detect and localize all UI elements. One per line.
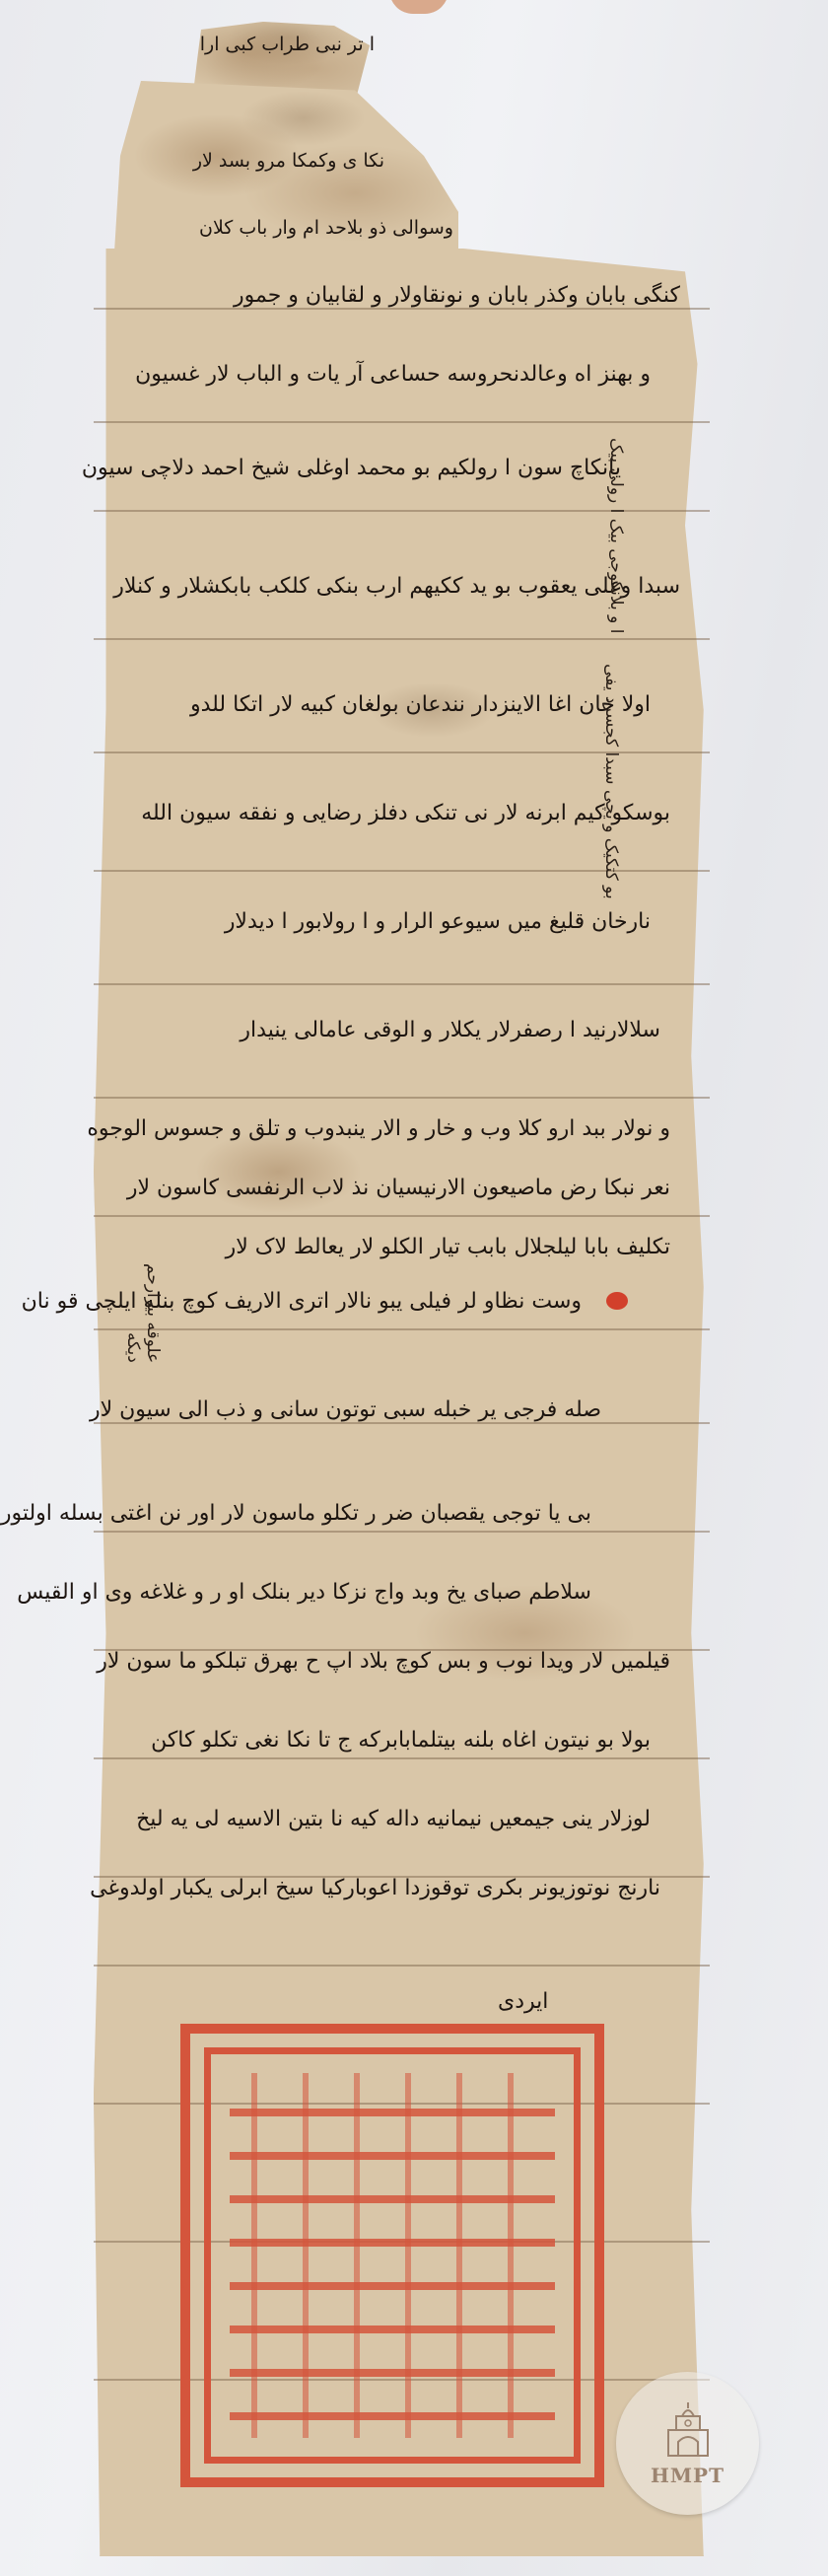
- fold-line: [94, 638, 710, 640]
- fold-line: [94, 1215, 710, 1217]
- margin-note: علوقه بیرارحم دیکه: [123, 1235, 163, 1363]
- text-line: وسوالی ذو بلاحد ام وار باب کلان: [199, 217, 453, 239]
- fold-line: [94, 308, 710, 310]
- museum-building-icon: [658, 2400, 718, 2460]
- watermark-label: НМРТ: [651, 2464, 724, 2487]
- text-line: سلالارنید ا رصفرلار یکلار و الوقی عامالی…: [240, 1018, 660, 1042]
- red-kufic-seal: [180, 2024, 604, 2487]
- fold-line: [94, 983, 710, 985]
- text-line: صله فرجی یر خبله سبی توتون سانی و ذب الی…: [90, 1397, 601, 1422]
- text-line: تکلیف بابا لیلجلال بابب تیار الکلو لار ی…: [226, 1235, 670, 1259]
- museum-watermark: НМРТ: [616, 2372, 759, 2515]
- text-line: سلاطم صبای یخ وبد واج نزکا دیر بنلک او ر…: [17, 1580, 591, 1605]
- text-line: اولا خان اغا الاینزدار نندعان بولغان کبی…: [190, 692, 651, 717]
- margin-note: ا و بلانکوجی بیک ا رولی بیک: [606, 396, 626, 633]
- fold-line: [94, 1531, 710, 1533]
- text-line: قیلمیں لار ویدا نوب و بس کوچ بلاد اپ ح ب…: [97, 1649, 670, 1674]
- text-line: نارنج نوتوزیونر بکری توقوزدا اعوبارکیا س…: [90, 1876, 660, 1900]
- signature: ایردی: [498, 1989, 548, 2014]
- text-line: و بهنز اه وعالدنحروسه حساعی آر یات و الب…: [135, 362, 651, 387]
- fold-line: [94, 1965, 710, 1967]
- text-line: نارخان قلیغ میں سیوعو الرار و ا رولابور …: [225, 909, 651, 934]
- margin-note: بو کتکیک و یچی سبدا کجسرد یفی: [601, 663, 621, 899]
- fingertip: [389, 0, 448, 14]
- text-line: وست نظاو لر فیلی یبو نالار اتری الاریف ک…: [22, 1289, 582, 1314]
- paper-fragment-upper: [113, 81, 458, 268]
- text-line: کنگی بابان وکذر بابان و نونقاولار و لقاب…: [234, 283, 680, 308]
- text-line: لوزلار ینی جیمعیں نیمانیه داله کیه نا بت…: [136, 1807, 651, 1831]
- seal-kufic-pattern: [230, 2073, 555, 2438]
- text-line: بوسکو کیم ابرنه لار نی تنکی دفلز رضایی و…: [141, 801, 670, 825]
- text-line: بی یا توجی یقصبان ضر ر تکلو ماسون لار او…: [0, 1501, 591, 1526]
- text-line: بولا بو نیتون اغاه بلنه بیتلمابابرکه ج ت…: [151, 1728, 651, 1753]
- manuscript-scroll: ا تر نبی طراب کبی ارا نکا ی وکمکا مرو بس…: [94, 22, 710, 2556]
- fold-line: [94, 1757, 710, 1759]
- text-line: نکا ی وکمکا مرو بسد لار: [193, 150, 384, 172]
- fold-line: [94, 1422, 710, 1424]
- text-line: و نولار ببد ارو کلا وب و خار و الار ینبد…: [87, 1116, 670, 1141]
- fold-line: [94, 1097, 710, 1099]
- text-line: یانکاچ سون ا رولکیم بو محمد اوغلی شیخ اح…: [82, 456, 621, 480]
- text-line: نعر نبکا رض ماصیعون الارنیسیان نذ لاب ال…: [127, 1176, 670, 1200]
- text-line: سبدا وغلی یعقوب بو ید ککیهم ارب بنکی کلک…: [113, 574, 680, 599]
- fold-line: [94, 1328, 710, 1330]
- text-line: ا تر نبی طراب کبی ارا: [200, 34, 375, 55]
- red-ink-dot: [606, 1292, 628, 1310]
